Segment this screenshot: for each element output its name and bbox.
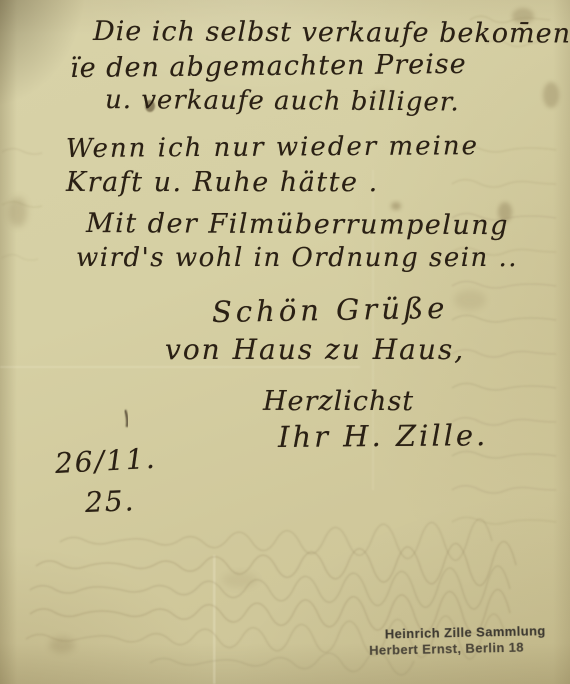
signature: Ihr H. Zille. (278, 418, 489, 454)
letter-line: Wenn ich nur wieder meine (66, 131, 479, 164)
date-day-month: 26/11. (54, 442, 157, 480)
letter-line: Mit der Filmüberrumpelung (86, 208, 509, 241)
letter-page: Die ich selbst verkaufe bekom̄en ïe den … (0, 0, 570, 684)
letter-line: u. verkaufe auch billiger. (105, 85, 460, 117)
closing-word: Herzlichst (263, 386, 414, 417)
closing-greeting-line: Schön Grüße (212, 291, 449, 329)
closing-greeting-line: von Haus zu Haus, (165, 333, 465, 366)
letter-line: Die ich selbst verkaufe bekom̄en (93, 16, 570, 50)
collection-stamp: Heinrich Zille Sammlung Herbert Ernst, B… (369, 623, 547, 659)
date-year: 25. (84, 484, 136, 519)
letter-line: ïe den abgemachten Preise (70, 49, 467, 84)
letter-line: Kraft u. Ruhe hätte . (66, 167, 379, 198)
stray-ink-mark (125, 410, 127, 427)
stamp-line-owner: Herbert Ernst, Berlin 18 (369, 639, 546, 659)
letter-line: wird's wohl in Ordnung sein .. (76, 243, 518, 273)
